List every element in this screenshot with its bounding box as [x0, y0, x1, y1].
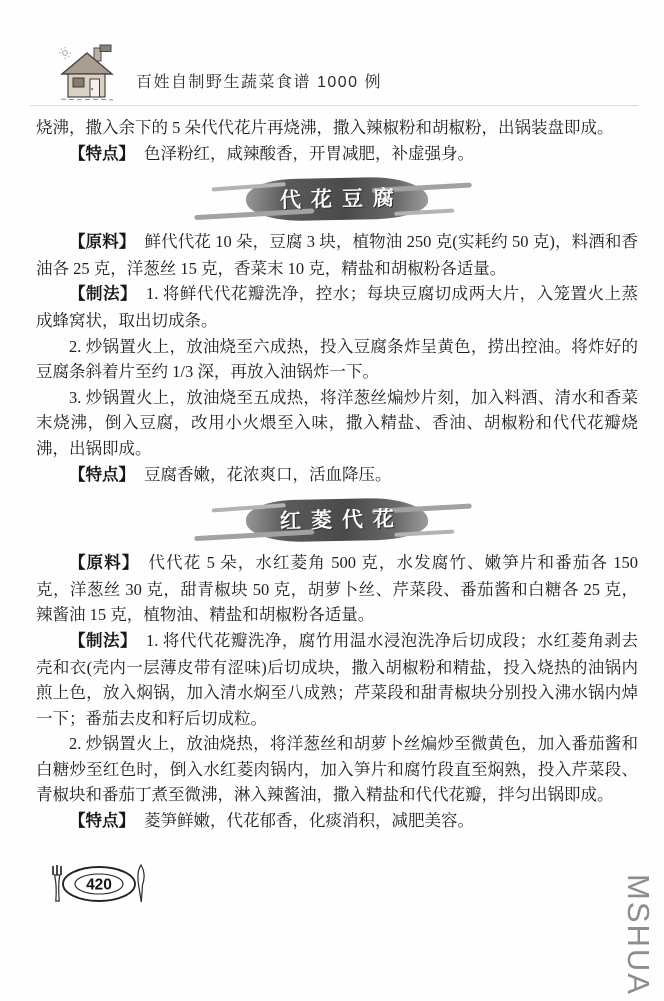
ingredients-paragraph: 【原料】鲜代代花 10 朵，豆腐 3 块，植物油 250 克(实耗约 50 克)…	[36, 229, 638, 281]
house-icon	[58, 44, 116, 104]
brush-streak-icon	[212, 503, 286, 512]
ground-line	[61, 99, 113, 100]
feature-label: 【特点】	[69, 466, 135, 484]
recipe-title-banner: 代花豆腐	[36, 178, 638, 220]
method-label: 【制法】	[69, 632, 137, 650]
chimney	[94, 45, 111, 61]
method-paragraph: 【制法】1. 将鲜代代花瓣洗净，控水；每块豆腐切成两大片，入笼置火上蒸成蜂窝状，…	[36, 281, 638, 333]
page-header: 百姓自制野生蔬菜食谱 1000 例	[0, 0, 664, 104]
roof	[62, 53, 112, 74]
method-step-paragraph: 2. 炒锅置火上，放油烧热，将洋葱丝和胡萝卜丝煸炒至微黄色，加入番茄酱和白糖炒至…	[36, 731, 638, 808]
page-number-badge: 420	[44, 860, 152, 910]
book-title: 百姓自制野生蔬菜食谱 1000 例	[136, 69, 382, 104]
method-step-paragraph: 2. 炒锅置火上，放油烧至六成热，投入豆腐条炸呈黄色，捞出控油。将炸好的豆腐条斜…	[36, 334, 638, 385]
method-step-paragraph: 3. 炒锅置火上，放油烧至五成热，将洋葱丝煸炒片刻，加入料酒、清水和香菜末烧沸，…	[36, 385, 638, 462]
page-content: 烧沸，撒入余下的 5 朵代代花片再烧沸，撒入辣椒粉和胡椒粉，出锅装盘即成。 【特…	[36, 115, 638, 835]
plate-icon: 420	[63, 867, 135, 901]
door-knob	[91, 88, 93, 90]
page-number: 420	[86, 877, 112, 894]
brush-streak-icon	[212, 182, 286, 191]
window	[73, 78, 84, 87]
knife-icon	[138, 865, 144, 902]
method-label: 【制法】	[69, 285, 137, 303]
ingredients-label: 【原料】	[69, 554, 140, 572]
door	[90, 79, 100, 97]
feature-label: 【特点】	[69, 145, 135, 163]
feature-paragraph: 【特点】菱笋鲜嫩，代花郁香，化痰消积，减肥美容。	[36, 808, 638, 835]
feature-text: 色泽粉红，咸辣酸香，开胃减肥，补虚强身。	[144, 144, 474, 163]
recipe-section: 红菱代花 【原料】代代花 5 朵，水红菱角 500 克，水发腐竹、嫩笋片和番茄各…	[36, 499, 638, 835]
feature-paragraph: 【特点】豆腐香嫩，花浓爽口，活血降压。	[36, 462, 638, 489]
watermark-text: MSHUA	[620, 874, 656, 996]
recipe-title-banner: 红菱代花	[36, 499, 638, 541]
brush-streak-icon	[394, 209, 454, 216]
method-step-text: 2. 炒锅置火上，放油烧热，将洋葱丝和胡萝卜丝煸炒至微黄色，加入番茄酱和白糖炒至…	[36, 734, 638, 804]
brush-stroke-background: 红菱代花	[246, 497, 429, 543]
recipe-title: 代花豆腐	[280, 187, 404, 213]
continuation-text: 烧沸，撒入余下的 5 朵代代花片再烧沸，撒入辣椒粉和胡椒粉，出锅装盘即成。	[36, 118, 614, 137]
method-paragraph: 【制法】1. 将代代花瓣洗净，腐竹用温水浸泡洗净后切成段；水红菱角剥去壳和衣(壳…	[36, 628, 638, 731]
brush-stroke-background: 代花豆腐	[246, 176, 429, 222]
book-page: 百姓自制野生蔬菜食谱 1000 例 烧沸，撒入余下的 5 朵代代花片再烧沸，撒入…	[0, 0, 664, 1001]
feature-text: 菱笋鲜嫩，代花郁香，化痰消积，减肥美容。	[144, 811, 474, 830]
method-step-text: 2. 炒锅置火上，放油烧至六成热，投入豆腐条炸呈黄色，捞出控油。将炸好的豆腐条斜…	[36, 337, 638, 382]
continuation-paragraph: 烧沸，撒入余下的 5 朵代代花片再烧沸，撒入辣椒粉和胡椒粉，出锅装盘即成。	[36, 115, 638, 141]
recipe-section: 代花豆腐 【原料】鲜代代花 10 朵，豆腐 3 块，植物油 250 克(实耗约 …	[36, 178, 638, 488]
feature-label: 【特点】	[69, 812, 135, 830]
method-step-text: 3. 炒锅置火上，放油烧至五成热，将洋葱丝煸炒片刻，加入料酒、清水和香菜末烧沸，…	[36, 388, 638, 458]
header-divider	[30, 105, 638, 106]
sun-icon	[59, 47, 71, 59]
ingredients-paragraph: 【原料】代代花 5 朵，水红菱角 500 克，水发腐竹、嫩笋片和番茄各 150 …	[36, 550, 638, 628]
feature-text: 豆腐香嫩，花浓爽口，活血降压。	[144, 465, 392, 484]
feature-paragraph: 【特点】色泽粉红，咸辣酸香，开胃减肥，补虚强身。	[36, 141, 638, 168]
fork-icon	[53, 865, 61, 901]
ingredients-label: 【原料】	[69, 233, 136, 251]
brush-streak-icon	[394, 530, 454, 537]
recipe-title: 红菱代花	[280, 508, 404, 534]
